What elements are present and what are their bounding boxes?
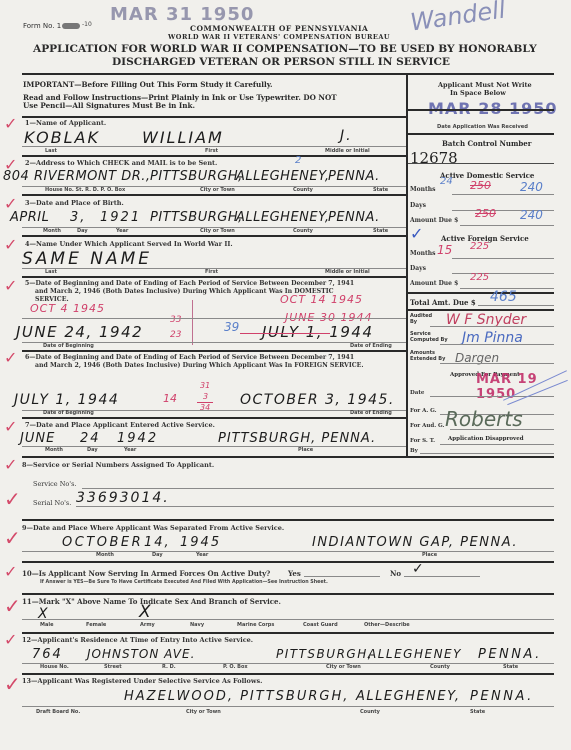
- caption-city: City or Town: [326, 664, 361, 670]
- no-label: No: [390, 569, 401, 578]
- caption-street: House No. St. R. D. P. O. Box: [45, 187, 125, 193]
- divider: [22, 235, 406, 237]
- option-marine-corps[interactable]: Marine Corps: [237, 622, 274, 628]
- section6-label-1: 6—Date of Beginning and Date of Ending o…: [25, 354, 354, 361]
- form-code: -10: [82, 21, 92, 28]
- option-coast-guard[interactable]: Coast Guard: [303, 622, 338, 628]
- header-divider: [22, 73, 554, 75]
- divider: [22, 155, 406, 157]
- caption-first: First: [205, 148, 218, 154]
- form-title-line2: DISCHARGED VETERAN OR PERSON STILL IN SE…: [112, 56, 450, 68]
- service-numbers-field: [82, 488, 554, 489]
- field-line: [452, 258, 554, 259]
- caption-city: City or Town: [200, 187, 235, 193]
- foreign-amount-label: Amount Due $: [410, 280, 458, 287]
- field-line: [430, 326, 554, 327]
- residence-street[interactable]: JOHNSTON AVE.: [87, 647, 195, 661]
- field-line: [22, 619, 554, 620]
- caption-year: Year: [124, 447, 136, 453]
- date-received-label: Date Application Was Received: [437, 124, 528, 130]
- domestic-red-calc-1: 33: [170, 315, 181, 325]
- applicant-middle-initial[interactable]: J.: [340, 128, 353, 144]
- caption-place: Place: [422, 552, 437, 558]
- caption-state: State: [503, 664, 518, 670]
- divider: [22, 350, 406, 352]
- section1-label: 1—Name of Applicant.: [25, 119, 106, 127]
- caption-last: Last: [45, 148, 57, 154]
- section11-label: 11—Mark "X" Above Name To Indicate Sex A…: [22, 597, 281, 606]
- caption-state: State: [373, 187, 388, 193]
- section12-label: 12—Applicant's Residence At Time of Entr…: [22, 636, 253, 644]
- service-computed-label: Service Computed By: [410, 331, 450, 343]
- section10-label: 10—Is Applicant Now Serving In Armed For…: [22, 569, 270, 578]
- mailing-county[interactable]: ALLEGHENEY,: [236, 169, 330, 184]
- form-number: Form No. 1: [23, 22, 61, 30]
- caption-date-beginning: Date of Beginning: [43, 343, 94, 349]
- review-checkmark: ✓: [4, 348, 17, 367]
- caption-house-no: House No.: [40, 664, 69, 670]
- review-checkmark: ✓: [4, 672, 21, 696]
- divider: [22, 632, 554, 634]
- divider: [22, 456, 554, 458]
- divider: [22, 673, 554, 675]
- review-checkmark: ✓: [4, 417, 17, 436]
- entry-month[interactable]: JUNE: [20, 431, 55, 446]
- separation-place[interactable]: INDIANTOWN GAP, PENNA.: [312, 535, 518, 550]
- caption-year: Year: [196, 552, 208, 558]
- caption-day: Day: [77, 228, 88, 234]
- entry-place[interactable]: PITTSBURGH, PENNA.: [218, 431, 376, 446]
- caption-middle: Middle or Initial: [325, 148, 370, 154]
- section5-label-1: 5—Date of Beginning and Date of Ending o…: [25, 280, 354, 287]
- option-army[interactable]: Army: [140, 622, 155, 628]
- draft-board-state[interactable]: PENNA.: [470, 689, 534, 704]
- field-line: [478, 305, 554, 306]
- review-checkmark: ✓: [4, 630, 17, 649]
- field-line: [452, 273, 554, 274]
- foreign-date-ending[interactable]: OCTOBER 3, 1945.: [240, 392, 395, 408]
- caption-rd: R. D.: [162, 664, 176, 670]
- field-line: [22, 146, 406, 147]
- field-line: [440, 363, 554, 364]
- domestic-amount-value: 240: [520, 208, 543, 222]
- field-line: [22, 663, 554, 664]
- section9-label: 9—Date and Place Where Applicant Was Sep…: [22, 524, 284, 532]
- domestic-struck-amount-2: 250: [475, 207, 496, 220]
- review-checkmark: ✓: [4, 276, 17, 295]
- birth-day[interactable]: 3,: [70, 210, 86, 225]
- divider: [22, 561, 554, 563]
- review-checkmark: ✓: [4, 455, 17, 474]
- audited-by-label: Audited By: [410, 313, 430, 325]
- foreign-red-calc-b: 31: [200, 381, 210, 390]
- birth-month[interactable]: APRIL: [10, 210, 49, 225]
- field-line: [22, 446, 406, 447]
- section4-label: 4—Name Under Which Applicant Served In W…: [25, 240, 233, 248]
- option-male[interactable]: Male: [40, 622, 53, 628]
- instructions-line2: Use Pencil—All Signatures Must Be in Ink…: [23, 101, 195, 110]
- applicant-first-name[interactable]: WILLIAM: [142, 128, 224, 147]
- top-signature: Wandell: [409, 0, 508, 37]
- by-label: By: [410, 448, 418, 454]
- foreign-red-calc-a: 14: [163, 392, 177, 405]
- review-checkmark: ✓: [4, 526, 21, 550]
- divider: [22, 593, 554, 595]
- residence-county[interactable]: ALLEGHENEY: [368, 647, 462, 661]
- no-field-mark[interactable]: ✓: [412, 561, 426, 577]
- mailing-city[interactable]: PITTSBURGH,: [150, 169, 243, 184]
- caption-street: Street: [104, 664, 122, 670]
- caption-county: County: [293, 187, 313, 193]
- separation-day[interactable]: 14,: [144, 535, 171, 550]
- section10-note: If Answer is YES—Be Sure To Have Certifi…: [40, 580, 328, 585]
- serial-numbers-field: [76, 506, 554, 507]
- separation-month[interactable]: OCTOBER: [62, 535, 143, 550]
- caption-draft-board: Draft Board No.: [36, 709, 80, 715]
- birth-year[interactable]: 1921: [100, 210, 141, 225]
- amounts-extended-label: Amounts Extended By: [410, 350, 450, 362]
- field-line: [452, 194, 554, 195]
- caption-state: State: [470, 709, 485, 715]
- review-checkmark: ✓: [4, 594, 21, 618]
- caption-day: Day: [152, 552, 163, 558]
- field-line: [440, 344, 554, 345]
- disapproved-label-visible: Application Disapproved: [448, 436, 524, 442]
- compensation-application-form: Form No. 1 -10 MAR 31 1950 COMMONWEALTH …: [0, 0, 571, 750]
- domestic-amount-label: Amount Due $: [410, 217, 458, 224]
- domestic-red-begin-note: OCT 4 1945: [30, 302, 105, 315]
- review-checkmark: ✓: [4, 114, 17, 133]
- foreign-months-value: 15: [437, 243, 452, 257]
- divider: [22, 417, 406, 419]
- foreign-amount-value: 225: [470, 272, 489, 283]
- domestic-months-amount: 240: [520, 180, 543, 194]
- date-label: Date: [410, 390, 424, 396]
- foreign-date-beginning[interactable]: JULY 1, 1944: [14, 392, 119, 408]
- option-female[interactable]: Female: [86, 622, 106, 628]
- field-line: [460, 225, 554, 226]
- caption-year: Year: [116, 228, 128, 234]
- residence-city[interactable]: PITTSBURGH,: [276, 647, 373, 661]
- form-title-line1: APPLICATION FOR WORLD WAR II COMPENSATIO…: [33, 43, 537, 55]
- important-note: IMPORTANT—Before Filling Out This Form S…: [23, 80, 273, 89]
- section13-label: 13—Applicant Was Registered Under Select…: [22, 677, 262, 685]
- caption-month: Month: [45, 447, 63, 453]
- address-note: 2: [295, 155, 301, 166]
- for-st-label: For S. T.: [410, 438, 435, 444]
- birth-city[interactable]: PITTSBURGH,: [150, 210, 243, 225]
- domestic-date-beginning[interactable]: JUNE 24, 1942: [16, 323, 143, 341]
- foreign-months-amount: 225: [470, 241, 489, 252]
- field-line: [440, 444, 554, 445]
- received-stamp-top: MAR 31 1950: [110, 4, 254, 25]
- option-other[interactable]: Other—Describe: [364, 622, 410, 628]
- draft-board-county[interactable]: ALLEGHENEY,: [356, 689, 461, 704]
- divider: [408, 309, 554, 311]
- review-checkmark: ✓: [4, 487, 21, 511]
- office-heading-1: Applicant Must Not Write: [438, 81, 532, 89]
- option-navy[interactable]: Navy: [190, 622, 204, 628]
- field-line: [22, 318, 406, 319]
- form-seal-icon: [62, 23, 80, 29]
- entry-day[interactable]: 24: [80, 431, 101, 446]
- caption-po-box: P. O. Box: [223, 664, 248, 670]
- divider: [22, 194, 406, 196]
- section2-label: 2—Address to Which CHECK and MAIL is to …: [25, 159, 217, 167]
- domestic-months-label: Months: [410, 186, 436, 193]
- total-amount-label: Total Amt. Due $: [410, 298, 476, 307]
- st-signature: Roberts: [445, 407, 523, 431]
- divider: [408, 292, 554, 294]
- stamp-line: [408, 109, 554, 111]
- domestic-blue-calc: 39: [224, 320, 239, 334]
- total-amount-value: 465: [490, 289, 517, 305]
- divider: [22, 519, 554, 521]
- divider: [408, 133, 554, 135]
- separation-year[interactable]: 1945: [180, 535, 221, 550]
- mailing-state[interactable]: PENNA.: [328, 169, 380, 184]
- serial-numbers-label: Serial No's.: [33, 499, 71, 507]
- section8-label: 8—Service or Serial Numbers Assigned To …: [22, 461, 214, 469]
- domestic-days-label: Days: [410, 202, 426, 209]
- yes-field[interactable]: [304, 576, 380, 577]
- caption-place: Place: [298, 447, 313, 453]
- applicant-last-name[interactable]: KOBLAK: [24, 128, 100, 147]
- foreign-red-calc-c: 3: [203, 392, 208, 401]
- divider: [22, 276, 406, 278]
- service-numbers-label: Service No's.: [33, 480, 77, 488]
- caption-middle: Middle or Initial: [325, 269, 370, 275]
- caption-month: Month: [43, 228, 61, 234]
- field-line: [408, 163, 554, 164]
- service-name[interactable]: SAME NAME: [22, 249, 152, 269]
- section6-label-2: and March 2, 1946 (Both Dates Inclusive)…: [35, 362, 364, 369]
- domestic-red-calc-2: 23: [170, 330, 181, 340]
- caption-county: County: [293, 228, 313, 234]
- caption-date-beginning: Date of Beginning: [43, 410, 94, 416]
- residence-house-no[interactable]: 764: [32, 647, 63, 662]
- caption-city: City or Town: [186, 709, 221, 715]
- caption-month: Month: [96, 552, 114, 558]
- office-column-divider: [406, 74, 408, 456]
- divider: [22, 116, 406, 118]
- batch-control-number: 12678: [410, 149, 458, 167]
- caption-state: State: [373, 228, 388, 234]
- for-ag-label: For A. G.: [410, 408, 437, 414]
- residence-state[interactable]: PENNA.: [478, 647, 542, 662]
- strikethrough-mark: [240, 333, 330, 334]
- caption-city: City or Town: [200, 228, 235, 234]
- yes-label: Yes: [288, 569, 301, 578]
- batch-control-label: Batch Control Number: [442, 139, 531, 148]
- field-line: [22, 706, 554, 707]
- birth-county[interactable]: ALLEGHENEY,: [236, 210, 330, 225]
- caption-county: County: [430, 664, 450, 670]
- review-checkmark: ✓: [4, 235, 17, 254]
- field-line: [420, 453, 554, 454]
- commonwealth-heading: COMMONWEALTH OF PENNSYLVANIA: [190, 24, 368, 33]
- domestic-red-end-note: OCT 14 1945: [280, 293, 363, 306]
- for-aud-g-label: For Aud. G.: [410, 423, 444, 429]
- birth-state[interactable]: PENNA.: [328, 210, 380, 225]
- calc-mark: [192, 300, 193, 345]
- office-heading-2: In Space Below: [450, 89, 506, 97]
- serial-number-value[interactable]: 33693014.: [76, 490, 170, 506]
- entry-year[interactable]: 1942: [117, 431, 158, 446]
- draft-board-city[interactable]: HAZELWOOD, PITTSBURGH,: [124, 689, 349, 704]
- caption-county: County: [360, 709, 380, 715]
- review-checkmark: ✓: [4, 562, 17, 581]
- domestic-months-value: 24: [440, 176, 453, 187]
- bureau-heading: WORLD WAR II VETERANS' COMPENSATION BURE…: [168, 33, 390, 41]
- caption-day: Day: [87, 447, 98, 453]
- section7-label: 7—Date and Place Applicant Entered Activ…: [25, 421, 215, 429]
- foreign-days-label: Days: [410, 265, 426, 272]
- mailing-street[interactable]: 804 RIVERMONT DR.,: [3, 169, 151, 184]
- section3-label: 3—Date and Place of Birth.: [25, 199, 124, 207]
- domestic-struck-amount: 250: [470, 179, 491, 192]
- caption-date-ending: Date of Ending: [350, 410, 392, 416]
- field-line: [430, 396, 554, 397]
- caption-first: First: [205, 269, 218, 275]
- blue-checkmark-icon: ✓: [410, 224, 423, 243]
- domestic-date-ending[interactable]: JULY 1, 1944: [262, 323, 374, 341]
- caption-last: Last: [45, 269, 57, 275]
- no-field: [404, 576, 480, 577]
- foreign-months-label: Months: [410, 250, 436, 257]
- caption-date-ending: Date of Ending: [350, 343, 392, 349]
